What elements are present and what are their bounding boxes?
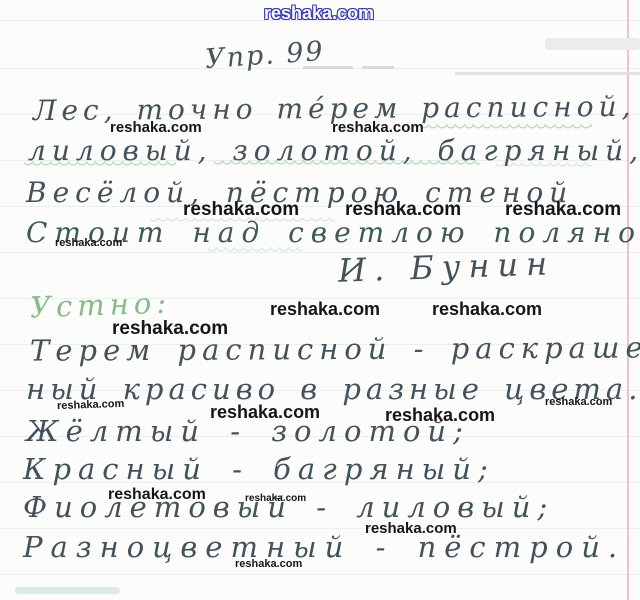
page-edge-shadow (545, 38, 640, 50)
watermark: reshaka.com (345, 199, 461, 221)
watermark: reshaka.com (55, 237, 122, 249)
poem-line-2: лиловый, золотой, багряный, (28, 134, 640, 167)
watermark: reshaka.com (110, 119, 202, 136)
poem-line-3: Весёлой, пёстрою стеной (26, 176, 573, 209)
author-signature: И. Бунин (337, 244, 555, 290)
watermark: reshaka.com (112, 318, 228, 340)
watermark: reshaka.com (432, 299, 542, 320)
watermark: reshaka.com (183, 199, 299, 221)
watermark: reshaka.com (235, 558, 302, 570)
pencil-dash-2 (362, 66, 394, 69)
watermark: reshaka.com (210, 402, 320, 423)
answer-line-6: Разноцветный - пёстрой. (23, 530, 625, 564)
watermark: reshaka.com (245, 493, 306, 504)
watermark: reshaka.com (545, 396, 612, 408)
watermark: reshaka.com (270, 299, 380, 320)
wavy-underline (420, 124, 592, 130)
watermark: reshaka.com (332, 119, 424, 136)
notebook-page: Упр. 99 Лес, точно те́рем расписной, лил… (0, 0, 640, 600)
watermark: reshaka.com (264, 3, 374, 24)
watermark: reshaka.com (385, 405, 495, 426)
bottom-smudge (15, 587, 120, 594)
watermark: reshaka.com (365, 520, 457, 537)
watermark: reshaka.com (108, 486, 206, 504)
watermark: reshaka.com (505, 199, 621, 221)
watermark: reshaka.com (57, 398, 125, 412)
answer-line-4: Красный - багряный; (23, 452, 495, 486)
page-fold-line (455, 72, 640, 75)
